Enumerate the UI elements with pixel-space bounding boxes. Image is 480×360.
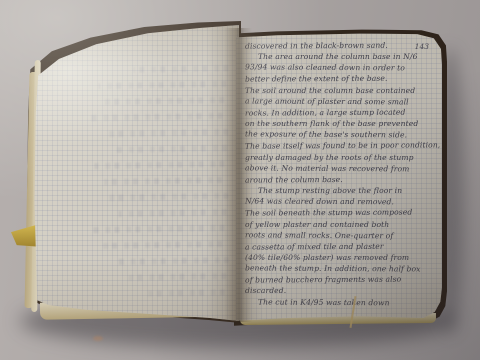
right-page-shading	[236, 33, 442, 322]
photo-scene: discovered in the black-brown sand.The a…	[0, 0, 480, 360]
left-page-shading	[32, 25, 239, 321]
smudge-mark	[93, 336, 103, 341]
left-page	[32, 25, 239, 321]
spine-gutter-shadow	[224, 28, 252, 322]
right-page: discovered in the black-brown sand.The a…	[236, 33, 442, 322]
